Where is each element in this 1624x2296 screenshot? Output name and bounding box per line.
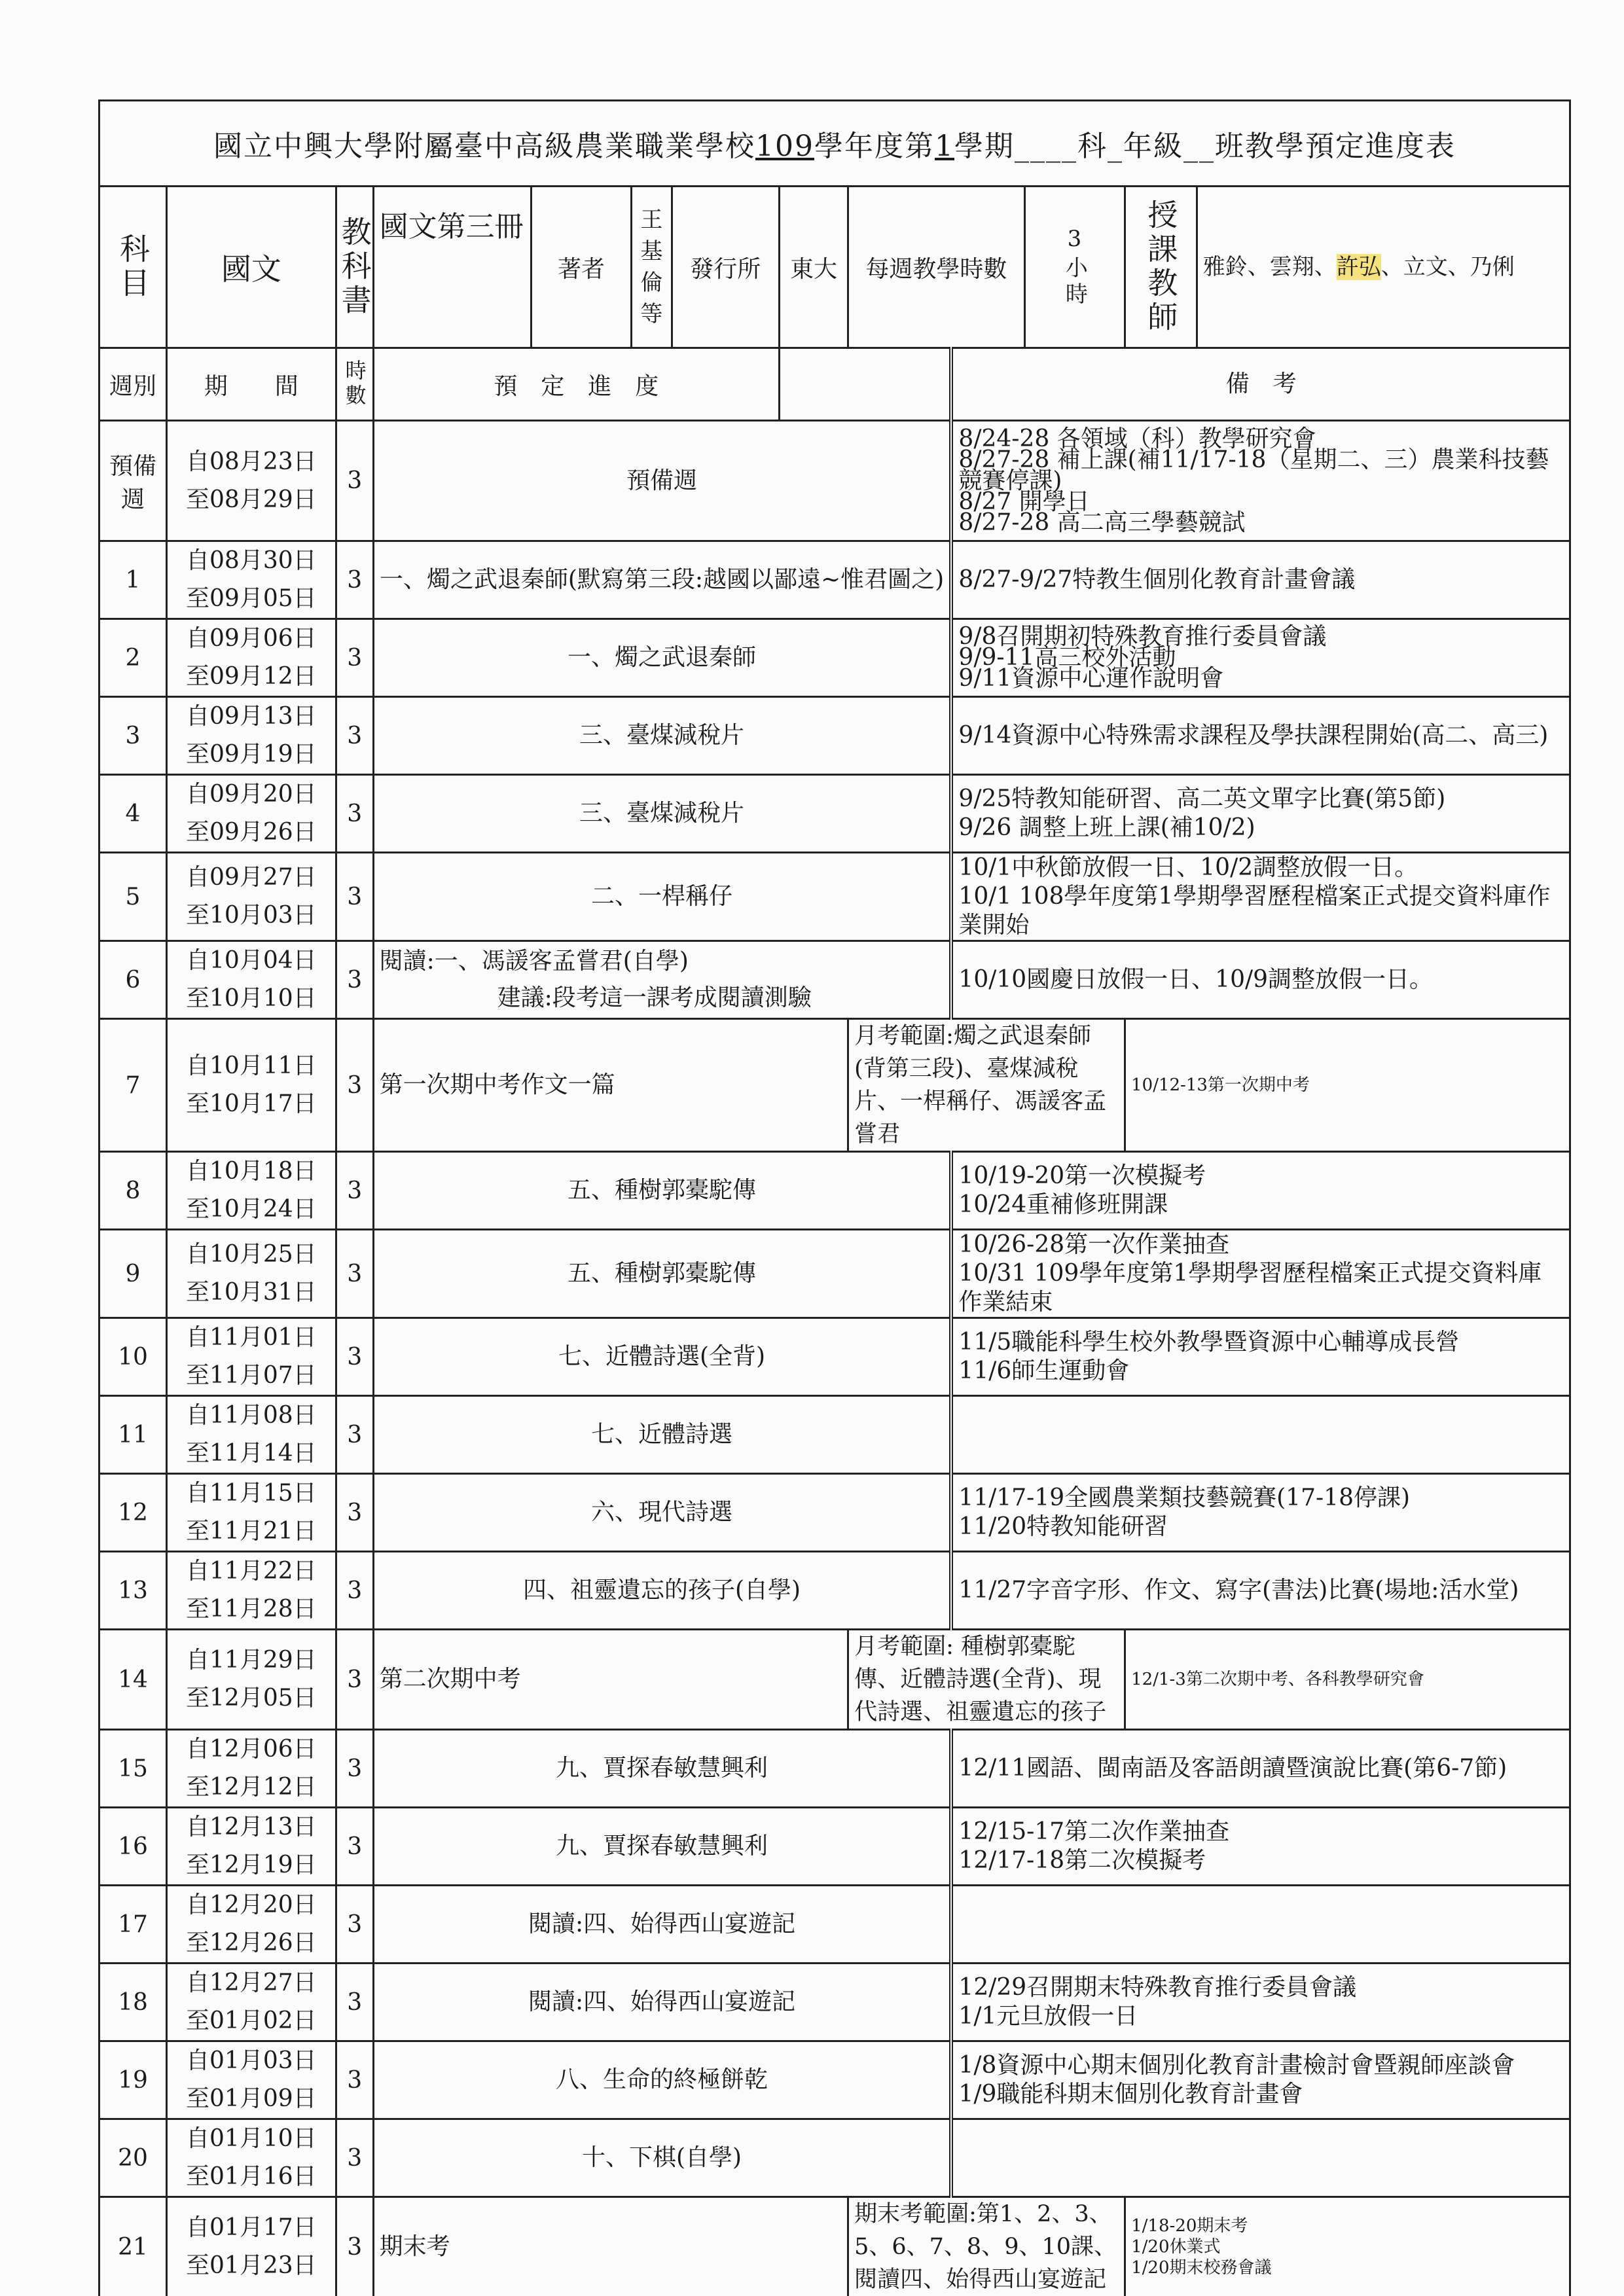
table-row: 11自11月08日至11月14日3七、近體詩選 [99,1396,1570,1474]
notes-cell: 12/11國語、閩南語及客語朗讀暨演說比賽(第6-7節) [951,1730,1570,1808]
hours-cell: 3 [336,1152,373,1230]
period-from: 自11月08日 [173,1397,330,1435]
period-to: 至01月23日 [173,2247,330,2285]
period-to: 至01月02日 [173,2002,330,2040]
plan-cell: 閱讀:一、馮諼客孟嘗君(自學)建議:段考這一課考成閱讀測驗 [373,941,951,1019]
period-from: 自11月01日 [173,1319,330,1357]
period-cell: 自09月20日至09月26日 [167,775,336,853]
textbook-value: 國文第三冊 [373,187,531,348]
hours-cell: 3 [336,2041,373,2119]
note-line: 10/1 108學年度第1學期學習歷程檔案正式提交資料庫作業開始 [958,882,1564,940]
note-line: 1/1元旦放假一日 [958,2002,1564,2031]
note-line: 1/20期末校務會議 [1131,2257,1564,2278]
period-cell: 自12月27日至01月02日 [167,1964,336,2041]
header-blank [779,348,951,421]
hours-cell: 3 [336,1886,373,1964]
plan-cell: 一、燭之武退秦師(默寫第三段:越國以鄙遠~惟君圖之) [373,541,951,619]
period-from: 自10月11日 [173,1047,330,1085]
schedule-rows: 預備週自08月23日至08月29日3預備週8/24-28 各領域（科）教學研究會… [99,421,1570,2296]
table-row: 5自09月27日至10月03日3二、一桿稱仔10/1中秋節放假一日、10/2調整… [99,853,1570,941]
note-line: 12/11國語、閩南語及客語朗讀暨演說比賽(第6-7節) [958,1754,1564,1783]
note-line: 9/26 調整上班上課(補10/2) [958,814,1564,842]
hours-cell: 3 [336,2119,373,2197]
column-header-row: 週別 期 間 時數 預 定 進 度 備 考 [99,348,1570,421]
header-week: 週別 [99,348,167,421]
week-cell: 4 [99,775,167,853]
note-line: 10/1中秋節放假一日、10/2調整放假一日。 [958,853,1564,882]
period-from: 自10月04日 [173,942,330,980]
note-line: 9/25特教知能研習、高二英文單字比賽(第5節) [958,785,1564,814]
period-cell: 自01月03日至01月09日 [167,2041,336,2119]
hours-cell: 3 [336,2197,373,2296]
notes-cell: 9/25特教知能研習、高二英文單字比賽(第5節)9/26 調整上班上課(補10/… [951,775,1570,853]
period-cell: 自10月04日至10月10日 [167,941,336,1019]
week-cell: 預備週 [99,421,167,541]
hours-cell: 3 [336,1396,373,1474]
weekly-hours-label: 每週教學時數 [848,187,1025,348]
note-line: 1/9職能科期末個別化教育計畫會 [958,2080,1564,2109]
hours-cell: 3 [336,421,373,541]
notes-cell [951,1396,1570,1474]
teachers-value: 雅鈴、雲翔、許弘、立文、乃俐 [1197,187,1570,348]
period-cell: 自08月23日至08月29日 [167,421,336,541]
period-cell: 自12月20日至12月26日 [167,1886,336,1964]
note-line: 12/1-3第二次期中考、各科教學研究會 [1131,1665,1564,1694]
period-to: 至09月05日 [173,580,330,618]
notes-cell: 10/12-13第一次期中考 [1125,1019,1570,1152]
week-cell: 11 [99,1396,167,1474]
notes-cell: 8/24-28 各領域（科）教學研究會8/27-28 補上課(補11/17-18… [951,421,1570,541]
note-line: 12/15-17第二次作業抽查 [958,1818,1564,1846]
week-cell: 14 [99,1630,167,1730]
author-label: 著者 [531,187,631,348]
period-to: 至01月16日 [173,2158,330,2196]
period-from: 自10月25日 [173,1236,330,1274]
plan-cell: 一、燭之武退秦師 [373,619,951,697]
publisher-label: 發行所 [672,187,779,348]
week-cell: 10 [99,1318,167,1396]
table-row: 14自11月29日至12月05日3第二次期中考月考範圍: 種樹郭橐駝傳、近體詩選… [99,1630,1570,1730]
period-to: 至12月05日 [173,1679,330,1717]
period-from: 自09月27日 [173,859,330,897]
plan-cell: 九、賈探春敏慧興利 [373,1730,951,1808]
period-cell: 自11月15日至11月21日 [167,1474,336,1552]
note-line: 11/27字音字形、作文、寫字(書法)比賽(場地:活水堂) [958,1576,1564,1605]
period-from: 自08月30日 [173,542,330,580]
textbook-label: 教科書 [336,187,373,348]
notes-cell: 1/8資源中心期末個別化教育計畫檢討會暨親師座談會1/9職能科期末個別化教育計畫… [951,2041,1570,2119]
notes-cell: 12/15-17第二次作業抽查12/17-18第二次模擬考 [951,1808,1570,1886]
plan-cell: 三、臺煤減稅片 [373,697,951,775]
period-cell: 自11月08日至11月14日 [167,1396,336,1474]
plan-cell: 五、種樹郭橐駝傳 [373,1152,951,1230]
period-to: 至11月07日 [173,1357,330,1395]
semester-number: 1 [935,130,954,163]
period-to: 至12月26日 [173,1924,330,1962]
period-from: 自09月20日 [173,776,330,814]
period-to: 至11月21日 [173,1513,330,1551]
note-line: 1/20休業式 [1131,2236,1564,2257]
notes-cell [951,2119,1570,2197]
note-line: 1/18-20期末考 [1131,2215,1564,2236]
hours-cell: 3 [336,1730,373,1808]
note-line: 8/27-9/27特教生個別化教育計畫會議 [958,565,1564,594]
course-info-row: 科目 國文 教科書 國文第三冊 著者 王基倫等 發行所 東大 每週教學時數 3小… [99,187,1570,348]
plan-cell: 七、近體詩選 [373,1396,951,1474]
table-row: 18自12月27日至01月02日3閱讀:四、始得西山宴遊記12/29召開期末特殊… [99,1964,1570,2041]
hours-cell: 3 [336,1230,373,1318]
notes-cell: 10/26-28第一次作業抽查10/31 109學年度第1學期學習歷程檔案正式提… [951,1230,1570,1318]
period-from: 自12月20日 [173,1886,330,1924]
period-from: 自01月10日 [173,2120,330,2158]
hours-cell: 3 [336,1630,373,1730]
period-from: 自12月13日 [173,1808,330,1846]
table-row: 9自10月25日至10月31日3五、種樹郭橐駝傳10/26-28第一次作業抽查1… [99,1230,1570,1318]
period-cell: 自08月30日至09月05日 [167,541,336,619]
period-cell: 自09月27日至10月03日 [167,853,336,941]
table-row: 2自09月06日至09月12日3一、燭之武退秦師9/8召開期初特殊教育推行委員會… [99,619,1570,697]
table-row: 6自10月04日至10月10日3閱讀:一、馮諼客孟嘗君(自學)建議:段考這一課考… [99,941,1570,1019]
plan-cell: 閱讀:四、始得西山宴遊記 [373,1964,951,2041]
period-to: 至11月14日 [173,1435,330,1473]
week-cell: 15 [99,1730,167,1808]
table-row: 7自10月11日至10月17日3第一次期中考作文一篇月考範圍:燭之武退秦師(背第… [99,1019,1570,1152]
week-cell: 1 [99,541,167,619]
week-cell: 21 [99,2197,167,2296]
week-cell: 8 [99,1152,167,1230]
period-from: 自09月06日 [173,620,330,658]
note-line: 12/29召開期末特殊教育推行委員會議 [958,1973,1564,2002]
period-cell: 自12月13日至12月19日 [167,1808,336,1886]
title-row: 國立中興大學附屬臺中高級農業職業學校109學年度第1學期____科_年級__班教… [99,101,1570,187]
period-cell: 自09月06日至09月12日 [167,619,336,697]
hours-cell: 3 [336,775,373,853]
period-to: 至10月17日 [173,1085,330,1123]
notes-cell: 12/1-3第二次期中考、各科教學研究會 [1125,1630,1570,1730]
teachers-label: 授課教師 [1125,187,1197,348]
week-cell: 13 [99,1552,167,1630]
period-from: 自08月23日 [173,443,330,481]
note-line: 11/20特教知能研習 [958,1513,1564,1541]
plan-cell: 四、祖靈遺忘的孩子(自學) [373,1552,951,1630]
hours-cell: 3 [336,1318,373,1396]
note-line: 9/14資源中心特殊需求課程及學扶課程開始(高二、高三) [958,721,1564,750]
period-from: 自11月22日 [173,1552,330,1590]
week-cell: 2 [99,619,167,697]
period-from: 自12月27日 [173,1964,330,2002]
header-notes: 備 考 [951,348,1570,421]
plan-cell: 預備週 [373,421,951,541]
period-to: 至11月28日 [173,1590,330,1628]
week-cell: 6 [99,941,167,1019]
table-row: 16自12月13日至12月19日3九、賈探春敏慧興利12/15-17第二次作業抽… [99,1808,1570,1886]
notes-cell: 12/29召開期末特殊教育推行委員會議1/1元旦放假一日 [951,1964,1570,2041]
period-cell: 自10月18日至10月24日 [167,1152,336,1230]
period-from: 自01月17日 [173,2209,330,2247]
period-to: 至12月19日 [173,1846,330,1884]
plan-cell: 七、近體詩選(全背) [373,1318,951,1396]
plan-cell: 期末考 [373,2197,848,2296]
notes-cell: 9/8召開期初特殊教育推行委員會議9/9-11高三校外活動9/11資源中心運作說… [951,619,1570,697]
notes-cell: 1/18-20期末考1/20休業式1/20期末校務會議 [1125,2197,1570,2296]
table-row: 12自11月15日至11月21日3六、現代詩選11/17-19全國農業類技藝競賽… [99,1474,1570,1552]
period-cell: 自12月06日至12月12日 [167,1730,336,1808]
header-hours: 時數 [336,348,373,421]
plan-cell: 第一次期中考作文一篇 [373,1019,848,1152]
period-cell: 自11月29日至12月05日 [167,1630,336,1730]
notes-cell: 10/1中秋節放假一日、10/2調整放假一日。10/1 108學年度第1學期學習… [951,853,1570,941]
period-cell: 自11月01日至11月07日 [167,1318,336,1396]
plan-cell: 六、現代詩選 [373,1474,951,1552]
notes-cell: 8/27-9/27特教生個別化教育計畫會議 [951,541,1570,619]
exam-scope-cell: 期末考範圍:第1、2、3、5、6、7、8、9、10課、閱讀四、始得西山宴遊記 [848,2197,1125,2296]
table-row: 17自12月20日至12月26日3閱讀:四、始得西山宴遊記 [99,1886,1570,1964]
hours-cell: 3 [336,853,373,941]
schedule-table: 國立中興大學附屬臺中高級農業職業學校109學年度第1學期____科_年級__班教… [98,99,1571,2296]
hours-cell: 3 [336,1964,373,2041]
plan-line: 閱讀:一、馮諼客孟嘗君(自學) [380,943,945,980]
note-line: 10/26-28第一次作業抽查 [958,1230,1564,1259]
table-row: 4自09月20日至09月26日3三、臺煤減稅片9/25特教知能研習、高二英文單字… [99,775,1570,853]
highlighted-teacher: 許弘 [1337,254,1381,280]
week-cell: 19 [99,2041,167,2119]
week-cell: 9 [99,1230,167,1318]
table-row: 3自09月13日至09月19日3三、臺煤減稅片9/14資源中心特殊需求課程及學扶… [99,697,1570,775]
subject-label: 科目 [99,187,167,348]
plan-cell: 閱讀:四、始得西山宴遊記 [373,1886,951,1964]
note-line: 1/8資源中心期末個別化教育計畫檢討會暨親師座談會 [958,2051,1564,2080]
table-row: 1自08月30日至09月05日3一、燭之武退秦師(默寫第三段:越國以鄙遠~惟君圖… [99,541,1570,619]
period-from: 自11月15日 [173,1475,330,1513]
period-to: 至09月19日 [173,736,330,774]
page-title: 國立中興大學附屬臺中高級農業職業學校109學年度第1學期____科_年級__班教… [99,101,1570,187]
week-cell: 16 [99,1808,167,1886]
note-line: 11/17-19全國農業類技藝競賽(17-18停課) [958,1484,1564,1513]
notes-cell: 11/5職能科學生校外教學暨資源中心輔導成長營11/6師生運動會 [951,1318,1570,1396]
plan-cell: 第二次期中考 [373,1630,848,1730]
note-line: 10/12-13第一次期中考 [1131,1071,1564,1100]
table-row: 8自10月18日至10月24日3五、種樹郭橐駝傳10/19-20第一次模擬考10… [99,1152,1570,1230]
notes-cell: 11/17-19全國農業類技藝競賽(17-18停課)11/20特教知能研習 [951,1474,1570,1552]
week-cell: 18 [99,1964,167,2041]
plan-cell: 十、下棋(自學) [373,2119,951,2197]
week-cell: 12 [99,1474,167,1552]
weekly-hours-value: 3小時 [1024,187,1125,348]
period-cell: 自01月17日至01月23日 [167,2197,336,2296]
week-cell: 7 [99,1019,167,1152]
period-to: 至09月26日 [173,814,330,852]
plan-cell: 九、賈探春敏慧興利 [373,1808,951,1886]
publisher-value: 東大 [779,187,848,348]
notes-cell: 11/27字音字形、作文、寫字(書法)比賽(場地:活水堂) [951,1552,1570,1630]
hours-cell: 3 [336,697,373,775]
plan-cell: 八、生命的終極餅乾 [373,2041,951,2119]
note-line: 11/6師生運動會 [958,1357,1564,1386]
hours-cell: 3 [336,941,373,1019]
period-from: 自01月03日 [173,2042,330,2080]
period-from: 自10月18日 [173,1153,330,1191]
period-from: 自12月06日 [173,1731,330,1768]
schedule-sheet: 國立中興大學附屬臺中高級農業職業學校109學年度第1學期____科_年級__班教… [98,99,1571,2296]
period-to: 至10月10日 [173,980,330,1018]
period-to: 至12月12日 [173,1768,330,1806]
period-to: 至10月24日 [173,1191,330,1229]
table-row: 20自01月10日至01月16日3十、下棋(自學) [99,2119,1570,2197]
note-line: 12/17-18第二次模擬考 [958,1846,1564,1875]
notes-cell: 9/14資源中心特殊需求課程及學扶課程開始(高二、高三) [951,697,1570,775]
table-row: 10自11月01日至11月07日3七、近體詩選(全背)11/5職能科學生校外教學… [99,1318,1570,1396]
table-row: 預備週自08月23日至08月29日3預備週8/24-28 各領域（科）教學研究會… [99,421,1570,541]
table-row: 15自12月06日至12月12日3九、賈探春敏慧興利12/11國語、閩南語及客語… [99,1730,1570,1808]
period-to: 至09月12日 [173,658,330,696]
school-year: 109 [755,130,814,163]
note-line: 10/31 109學年度第1學期學習歷程檔案正式提交資料庫作業結束 [958,1259,1564,1317]
period-cell: 自11月22日至11月28日 [167,1552,336,1630]
hours-cell: 3 [336,541,373,619]
period-to: 至08月29日 [173,481,330,519]
hours-cell: 3 [336,619,373,697]
hours-cell: 3 [336,1552,373,1630]
week-cell: 5 [99,853,167,941]
notes-cell [951,1886,1570,1964]
subject-value: 國文 [167,187,336,348]
period-cell: 自10月11日至10月17日 [167,1019,336,1152]
exam-scope-cell: 月考範圍:燭之武退秦師(背第三段)、臺煤減稅片、一桿稱仔、馮諼客孟嘗君 [848,1019,1125,1152]
header-period: 期 間 [167,348,336,421]
period-cell: 自09月13日至09月19日 [167,697,336,775]
note-line: 10/10國慶日放假一日、10/9調整放假一日。 [958,965,1564,994]
hours-cell: 3 [336,1474,373,1552]
period-to: 至10月31日 [173,1274,330,1312]
table-row: 13自11月22日至11月28日3四、祖靈遺忘的孩子(自學)11/27字音字形、… [99,1552,1570,1630]
period-to: 至10月03日 [173,897,330,935]
note-line: 11/5職能科學生校外教學暨資源中心輔導成長營 [958,1328,1564,1357]
plan-cell: 三、臺煤減稅片 [373,775,951,853]
period-from: 自09月13日 [173,698,330,736]
note-line: 9/11資源中心運作說明會 [958,668,1564,689]
week-cell: 20 [99,2119,167,2197]
plan-cell: 五、種樹郭橐駝傳 [373,1230,951,1318]
table-row: 21自01月17日至01月23日3期末考期末考範圍:第1、2、3、5、6、7、8… [99,2197,1570,2296]
hours-cell: 3 [336,1808,373,1886]
notes-cell: 10/10國慶日放假一日、10/9調整放假一日。 [951,941,1570,1019]
table-row: 19自01月03日至01月09日3八、生命的終極餅乾1/8資源中心期末個別化教育… [99,2041,1570,2119]
period-cell: 自01月10日至01月16日 [167,2119,336,2197]
week-cell: 17 [99,1886,167,1964]
note-line: 10/24重補修班開課 [958,1191,1564,1219]
period-from: 自11月29日 [173,1641,330,1679]
plan-suggestion: 建議:段考這一課考成閱讀測驗 [380,980,945,1016]
author-value: 王基倫等 [632,187,672,348]
note-line: 8/27-28 高二高三學藝競試 [958,512,1564,533]
exam-scope-cell: 月考範圍: 種樹郭橐駝傳、近體詩選(全背)、現代詩選、祖靈遺忘的孩子 [848,1630,1125,1730]
period-cell: 自10月25日至10月31日 [167,1230,336,1318]
note-line: 10/19-20第一次模擬考 [958,1162,1564,1191]
note-line: 8/27-28 補上課(補11/17-18（星期二、三）農業科技藝競賽停課) [958,450,1564,492]
period-to: 至01月09日 [173,2080,330,2118]
header-plan: 預 定 進 度 [373,348,779,421]
week-cell: 3 [99,697,167,775]
notes-cell: 10/19-20第一次模擬考10/24重補修班開課 [951,1152,1570,1230]
plan-cell: 二、一桿稱仔 [373,853,951,941]
hours-cell: 3 [336,1019,373,1152]
